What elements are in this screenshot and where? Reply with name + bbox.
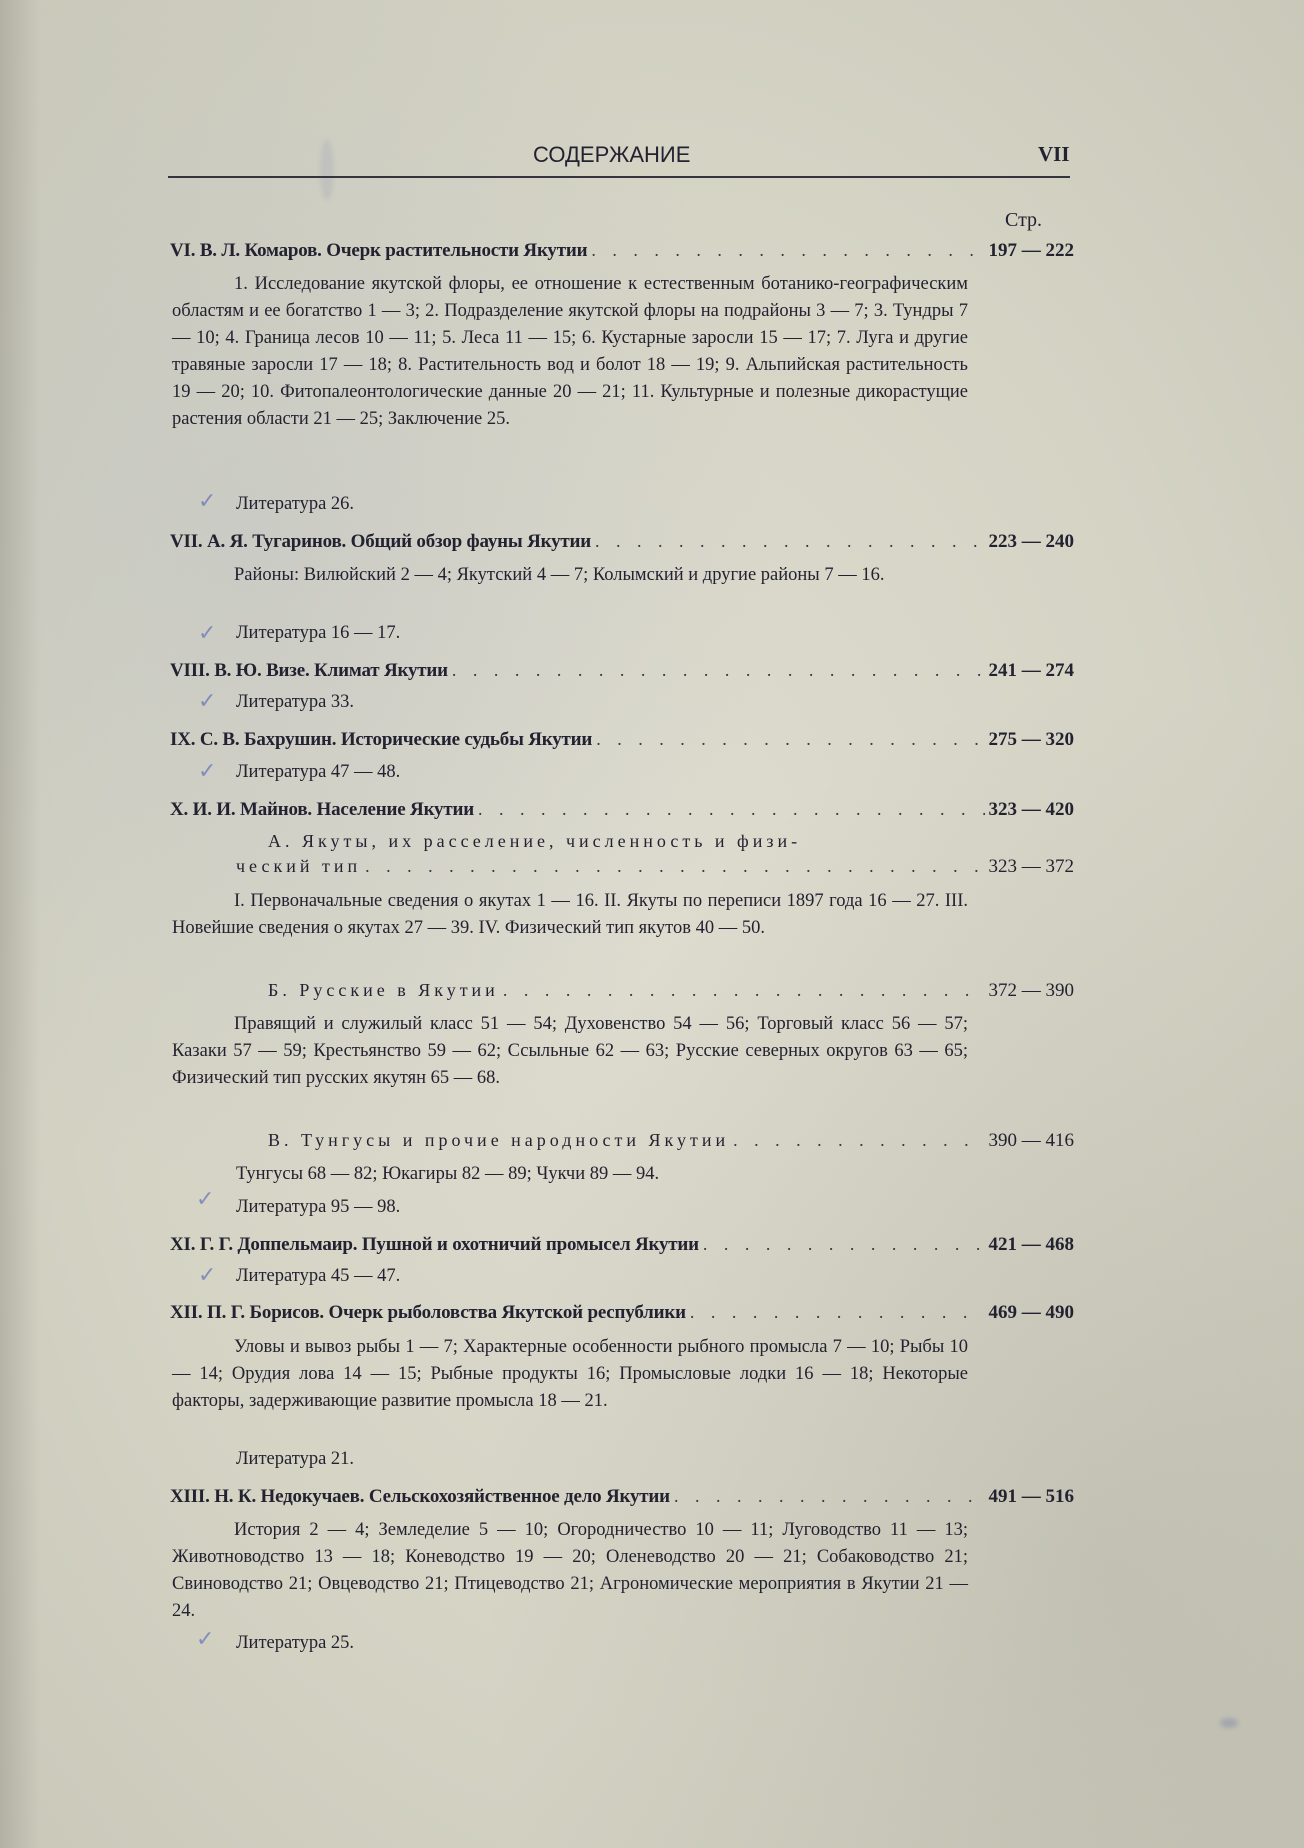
entry-pages: 469 — 490 [989, 1302, 1075, 1324]
pencil-check-icon: ✓ [198, 690, 216, 714]
dot-leader: . . . . . . . . . . . . . . . . . . . . … [478, 799, 985, 820]
entry-heading: VIII. В. Ю. Визе. Климат Якутии [170, 660, 448, 682]
subsection-heading: В. Тунгусы и прочие народности Якутии [268, 1130, 729, 1151]
dot-leader: . . . . . . . . . . . . . . . . . . . . … [703, 1234, 985, 1255]
ink-stain [1220, 1718, 1238, 1728]
subsection-heading: Б. Русские в Якутии [268, 980, 499, 1001]
page-number: VII [1038, 142, 1070, 167]
subsection-pages: 323 — 372 [989, 856, 1075, 878]
dot-leader: . . . . . . . . . . . . . . . . . . . . … [591, 240, 984, 261]
entry-heading: XI. Г. Г. Доппельмаир. Пушной и охотничи… [170, 1234, 699, 1256]
pencil-check-icon: ✓ [198, 1264, 216, 1288]
toc-entry-xii[interactable]: XII. П. Г. Борисов. Очерк рыболовства Як… [170, 1302, 1074, 1328]
dot-leader: . . . . . . . . . . . . . . . . . . . . … [690, 1302, 985, 1323]
dot-leader: . . . . . . . . . . . . . . . . . . . . … [733, 1130, 984, 1151]
entry-heading: VII. А. Я. Тугаринов. Общий обзор фауны … [170, 531, 591, 553]
toc-entry-xi[interactable]: XI. Г. Г. Доппельмаир. Пушной и охотничи… [170, 1234, 1074, 1260]
entry-heading: VI. В. Л. Комаров. Очерк растительности … [170, 240, 587, 262]
entry-pages: 197 — 222 [989, 240, 1075, 262]
entry-summary: 1. Исследование якутской флоры, ее отнош… [172, 271, 968, 433]
subsection-summary: Тунгусы 68 — 82; Юкагиры 82 — 89; Чукчи … [236, 1161, 1032, 1188]
dot-leader: . . . . . . . . . . . . . . . . . . . . … [674, 1486, 985, 1507]
literature-ref: Литература 47 — 48. [236, 762, 400, 783]
pencil-check-icon: ✓ [198, 490, 216, 514]
entry-pages: 491 — 516 [989, 1486, 1075, 1508]
pencil-check-icon: ✓ [198, 760, 216, 784]
subsection-summary: Правящий и служилый класс 51 — 54; Духов… [172, 1011, 968, 1092]
page-title: СОДЕРЖАНИЕ [533, 142, 690, 168]
subsection-pages: 390 — 416 [989, 1130, 1075, 1152]
subsection-pages: 372 — 390 [989, 980, 1075, 1002]
entry-summary: Районы: Вилюйский 2 — 4; Якутский 4 — 7;… [172, 562, 968, 589]
pencil-check-icon: ✓ [196, 1188, 214, 1212]
ink-stain [320, 140, 334, 200]
toc-entry-vii[interactable]: VII. А. Я. Тугаринов. Общий обзор фауны … [170, 531, 1074, 557]
dot-leader: . . . . . . . . . . . . . . . . . . . . … [365, 856, 984, 877]
dot-leader: . . . . . . . . . . . . . . . . . . . . … [503, 980, 985, 1001]
entry-heading: IX. С. В. Бахрушин. Исторические судьбы … [170, 729, 592, 751]
entry-pages: 241 — 274 [989, 660, 1075, 682]
subsection-b[interactable]: Б. Русские в Якутии . . . . . . . . . . … [268, 980, 1074, 1006]
entry-summary: Уловы и вывоз рыбы 1 — 7; Характерные ос… [172, 1334, 968, 1415]
subsection-summary: I. Первоначальные сведения о якутах 1 — … [172, 888, 968, 942]
header-rule [168, 176, 1070, 178]
literature-ref: Литература 95 — 98. [236, 1197, 400, 1218]
entry-pages: 323 — 420 [989, 799, 1075, 821]
pencil-check-icon: ✓ [196, 1628, 214, 1652]
dot-leader: . . . . . . . . . . . . . . . . . . . . … [452, 660, 985, 681]
literature-ref: Литература 21. [236, 1449, 354, 1470]
entry-heading: XII. П. Г. Борисов. Очерк рыболовства Як… [170, 1302, 686, 1324]
literature-ref: Литература 26. [236, 494, 354, 515]
entry-heading: X. И. И. Майнов. Население Якутии [170, 799, 474, 821]
subsection-a[interactable]: ческий тип . . . . . . . . . . . . . . .… [236, 856, 1074, 882]
entry-heading: XIII. Н. К. Недокучаев. Сельскохозяйстве… [170, 1486, 670, 1508]
dot-leader: . . . . . . . . . . . . . . . . . . . . … [595, 531, 985, 552]
literature-ref: Литература 25. [236, 1633, 354, 1654]
toc-entry-viii[interactable]: VIII. В. Ю. Визе. Климат Якутии . . . . … [170, 660, 1074, 686]
toc-entry-x[interactable]: X. И. И. Майнов. Население Якутии . . . … [170, 799, 1074, 825]
literature-ref: Литература 45 — 47. [236, 1266, 400, 1287]
literature-ref: Литература 16 — 17. [236, 623, 400, 644]
dot-leader: . . . . . . . . . . . . . . . . . . . . … [596, 729, 984, 750]
entry-pages: 421 — 468 [989, 1234, 1075, 1256]
literature-ref: Литература 33. [236, 692, 354, 713]
page-edge-shadow [0, 0, 40, 1848]
pencil-check-icon: ✓ [198, 622, 216, 646]
toc-entry-vi[interactable]: VI. В. Л. Комаров. Очерк растительности … [170, 240, 1074, 266]
entry-pages: 275 — 320 [989, 729, 1075, 751]
toc-entry-ix[interactable]: IX. С. В. Бахрушин. Исторические судьбы … [170, 729, 1074, 755]
entry-pages: 223 — 240 [989, 531, 1075, 553]
subsection-heading: ческий тип [236, 856, 361, 877]
subsection-c[interactable]: В. Тунгусы и прочие народности Якутии . … [268, 1130, 1074, 1156]
subsection-a-heading-line1: А. Якуты, их расселение, численность и ф… [268, 831, 968, 857]
pages-column-label: Стр. [1005, 209, 1042, 232]
toc-entry-xiii[interactable]: XIII. Н. К. Недокучаев. Сельскохозяйстве… [170, 1486, 1074, 1512]
entry-summary: История 2 — 4; Земледелие 5 — 10; Огород… [172, 1517, 968, 1625]
